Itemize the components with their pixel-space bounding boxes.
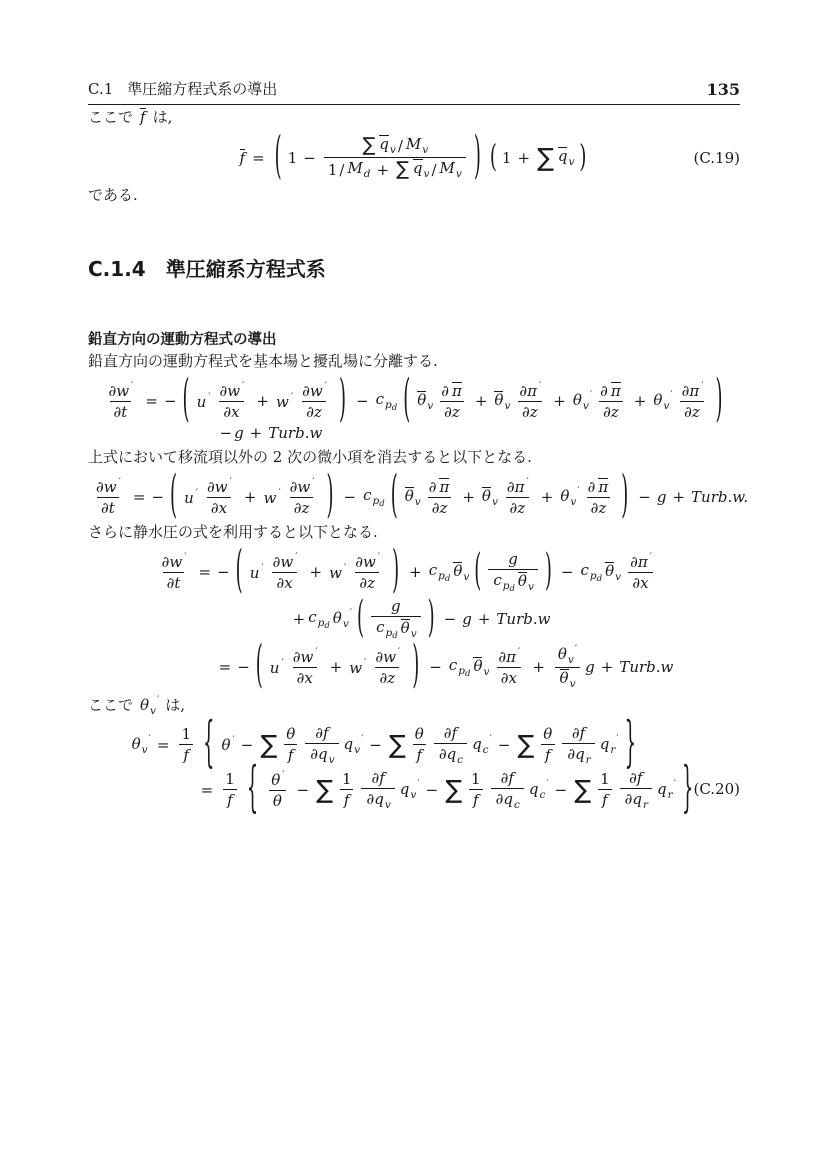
equation-c19: f=(1−∑qv/Mv1/Md+∑qv/Mv)(1+∑qv)(C.19) <box>88 135 740 180</box>
subsection-heading: 鉛直方向の運動方程式の導出 <box>88 328 740 349</box>
inline-math-thetav-prime: θv′ <box>138 696 160 714</box>
inline-math-fbar: f <box>138 108 148 126</box>
paragraph-eliminate: 上式において移流項以外の 2 次の微小項を消去すると以下となる. <box>88 445 740 469</box>
equation-w-separated: ∂w′∂t=−(u′∂w′∂x+w′∂w′∂z)−cpd(θv∂π∂z+θv∂π… <box>88 381 740 442</box>
section-number: C.1.4 <box>88 257 146 281</box>
page-number: 135 <box>707 80 740 99</box>
paragraph-text: ここで <box>88 696 133 714</box>
paragraph-here-fbar: ここでfは, <box>88 105 740 129</box>
paragraph-text: は, <box>165 696 185 714</box>
running-header: C.1準圧縮方程式系の導出 135 <box>88 78 740 105</box>
header-section-title: 準圧縮方程式系の導出 <box>127 80 277 98</box>
paragraph-text: ここで <box>88 108 133 126</box>
paragraph-text: は, <box>153 108 173 126</box>
equation-w-simplified: ∂w′∂t=−(u′∂w′∂x+w′∂w′∂z)−cpd(θv∂π∂z+θv∂π… <box>88 477 740 517</box>
paragraph-here-theta: ここでθv′は, <box>88 693 740 720</box>
equation-tag: (C.20) <box>693 780 740 798</box>
header-section-number: C.1 <box>88 80 113 98</box>
equation-w-hydrostatic: ∂w′∂t=−(u′∂w′∂x+w′∂w′∂z)+cpdθv(gcpdθv)−c… <box>88 550 740 690</box>
document-page: C.1準圧縮方程式系の導出 135 ここでfは, f=(1−∑qv/Mv1/Md… <box>0 0 826 1169</box>
paragraph-dearu: である. <box>88 183 740 207</box>
section-title: 準圧縮系方程式系 <box>166 257 326 281</box>
section-heading: C.1.4準圧縮系方程式系 <box>88 253 740 282</box>
equation-tag: (C.19) <box>693 149 740 167</box>
paragraph-hydrostatic: さらに静水圧の式を利用すると以下となる. <box>88 520 740 544</box>
running-header-title: C.1準圧縮方程式系の導出 <box>88 78 291 99</box>
equation-c20: θv′=1f{θ′−∑θf∂f∂qvqv′−∑θf∂f∂qcqc′−∑θf∂f∂… <box>88 724 740 811</box>
